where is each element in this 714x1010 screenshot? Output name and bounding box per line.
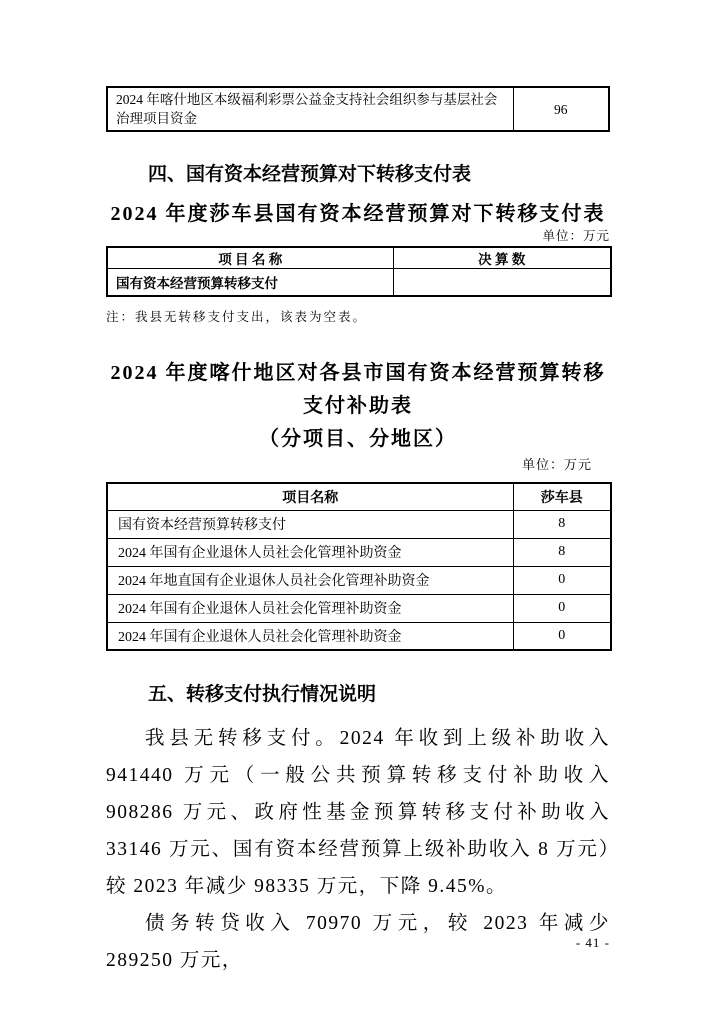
amount-cell: 0: [513, 594, 611, 622]
fragment-table: 2024 年喀什地区本级福利彩票公益金支持社会组织参与基层社会治理项目资金 96: [106, 86, 610, 132]
section4-heading: 四、国有资本经营预算对下转移支付表: [106, 162, 610, 188]
amount-cell: 8: [513, 510, 611, 538]
paragraph: 我县无转移支付。2024 年收到上级补助收入 941440 万元（一般公共预算转…: [106, 720, 610, 905]
amount-cell: 0: [513, 566, 611, 594]
amount-cell: 96: [513, 87, 609, 131]
table-row: 国有资本经营预算转移支付 8: [107, 510, 611, 538]
table2-title: 2024 年度喀什地区对各县市国有资本经营预算转移支付补助表 （分项目、分地区）: [106, 357, 610, 456]
table1-header-row: 项 目 名 称 决 算 数: [107, 247, 611, 269]
section5-heading: 五、转移支付执行情况说明: [106, 682, 610, 708]
project-name-cell: 2024 年国有企业退休人员社会化管理补助资金: [107, 538, 513, 566]
table-row: 2024 年国有企业退休人员社会化管理补助资金 8: [107, 538, 611, 566]
table1: 项 目 名 称 决 算 数 国有资本经营预算转移支付: [106, 246, 612, 297]
project-name-cell: 国有资本经营预算转移支付: [107, 269, 393, 297]
section5-body: 我县无转移支付。2024 年收到上级补助收入 941440 万元（一般公共预算转…: [106, 720, 610, 979]
table2-header-row: 项目名称 莎车县: [107, 483, 611, 510]
table2: 项目名称 莎车县 国有资本经营预算转移支付 8 2024 年国有企业退休人员社会…: [106, 482, 612, 651]
unit-label: 单位：万元: [106, 228, 610, 244]
amount-cell: [393, 269, 611, 297]
project-name-cell: 国有资本经营预算转移支付: [107, 510, 513, 538]
project-name-cell: 2024 年国有企业退休人员社会化管理补助资金: [107, 622, 513, 650]
table2-header-value: 莎车县: [513, 483, 611, 510]
table2-header-name: 项目名称: [107, 483, 513, 510]
paragraph: 债务转贷收入 70970 万元，较 2023 年减少 289250 万元，: [106, 905, 610, 979]
table-row: 2024 年地直国有企业退休人员社会化管理补助资金 0: [107, 566, 611, 594]
table1-note: 注：我县无转移支付支出，该表为空表。: [106, 309, 610, 325]
project-name-cell: 2024 年喀什地区本级福利彩票公益金支持社会组织参与基层社会治理项目资金: [107, 87, 513, 131]
table2-title-line1: 2024 年度喀什地区对各县市国有资本经营预算转移支付补助表: [106, 357, 610, 423]
table-row: 2024 年喀什地区本级福利彩票公益金支持社会组织参与基层社会治理项目资金 96: [107, 87, 609, 131]
amount-cell: 0: [513, 622, 611, 650]
page-number: - 41 -: [576, 935, 610, 950]
table2-title-line2: （分项目、分地区）: [106, 423, 610, 456]
table-row: 2024 年国有企业退休人员社会化管理补助资金 0: [107, 594, 611, 622]
project-name-cell: 2024 年国有企业退休人员社会化管理补助资金: [107, 594, 513, 622]
project-name-cell: 2024 年地直国有企业退休人员社会化管理补助资金: [107, 566, 513, 594]
page-content: 2024 年喀什地区本级福利彩票公益金支持社会组织参与基层社会治理项目资金 96…: [0, 86, 714, 979]
document-page: 2024 年喀什地区本级福利彩票公益金支持社会组织参与基层社会治理项目资金 96…: [0, 0, 714, 1010]
table1-title: 2024 年度莎车县国有资本经营预算对下转移支付表: [106, 201, 610, 228]
table1-header-value: 决 算 数: [393, 247, 611, 269]
table1-header-name: 项 目 名 称: [107, 247, 393, 269]
table-row: 2024 年国有企业退休人员社会化管理补助资金 0: [107, 622, 611, 650]
unit-label: 单位：万元: [106, 456, 610, 473]
amount-cell: 8: [513, 538, 611, 566]
table-row: 国有资本经营预算转移支付: [107, 269, 611, 297]
